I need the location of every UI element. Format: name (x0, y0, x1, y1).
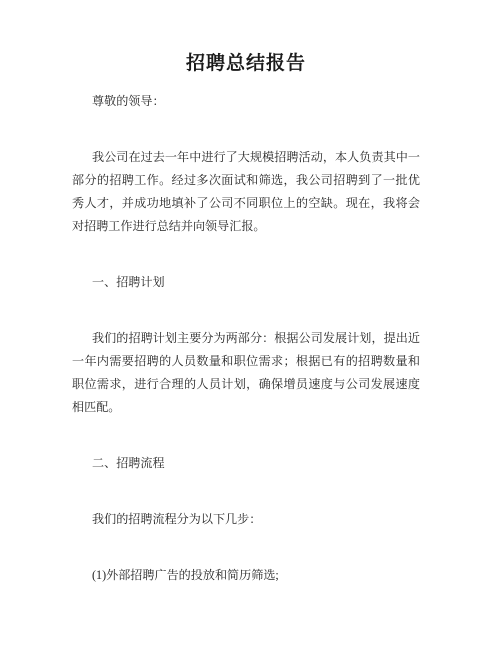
section-2-heading: 二、招聘流程 (72, 452, 420, 475)
section-2-intro: 我们的招聘流程分为以下几步： (72, 508, 420, 531)
document-title: 招聘总结报告 (72, 50, 420, 78)
intro-paragraph: 我公司在过去一年中进行了大规模招聘活动，本人负责其中一部分的招聘工作。经过多次面… (72, 146, 420, 238)
recruitment-step-1: (1)外部招聘广告的投放和简历筛选; (72, 564, 420, 587)
section-1-heading: 一、招聘计划 (72, 271, 420, 294)
salutation-line: 尊敬的领导： (72, 90, 420, 113)
section-1-body: 我们的招聘计划主要分为两部分：根据公司发展计划，提出近一年内需要招聘的人员数量和… (72, 327, 420, 419)
document-page: 招聘总结报告 尊敬的领导： 我公司在过去一年中进行了大规模招聘活动，本人负责其中… (0, 0, 500, 647)
